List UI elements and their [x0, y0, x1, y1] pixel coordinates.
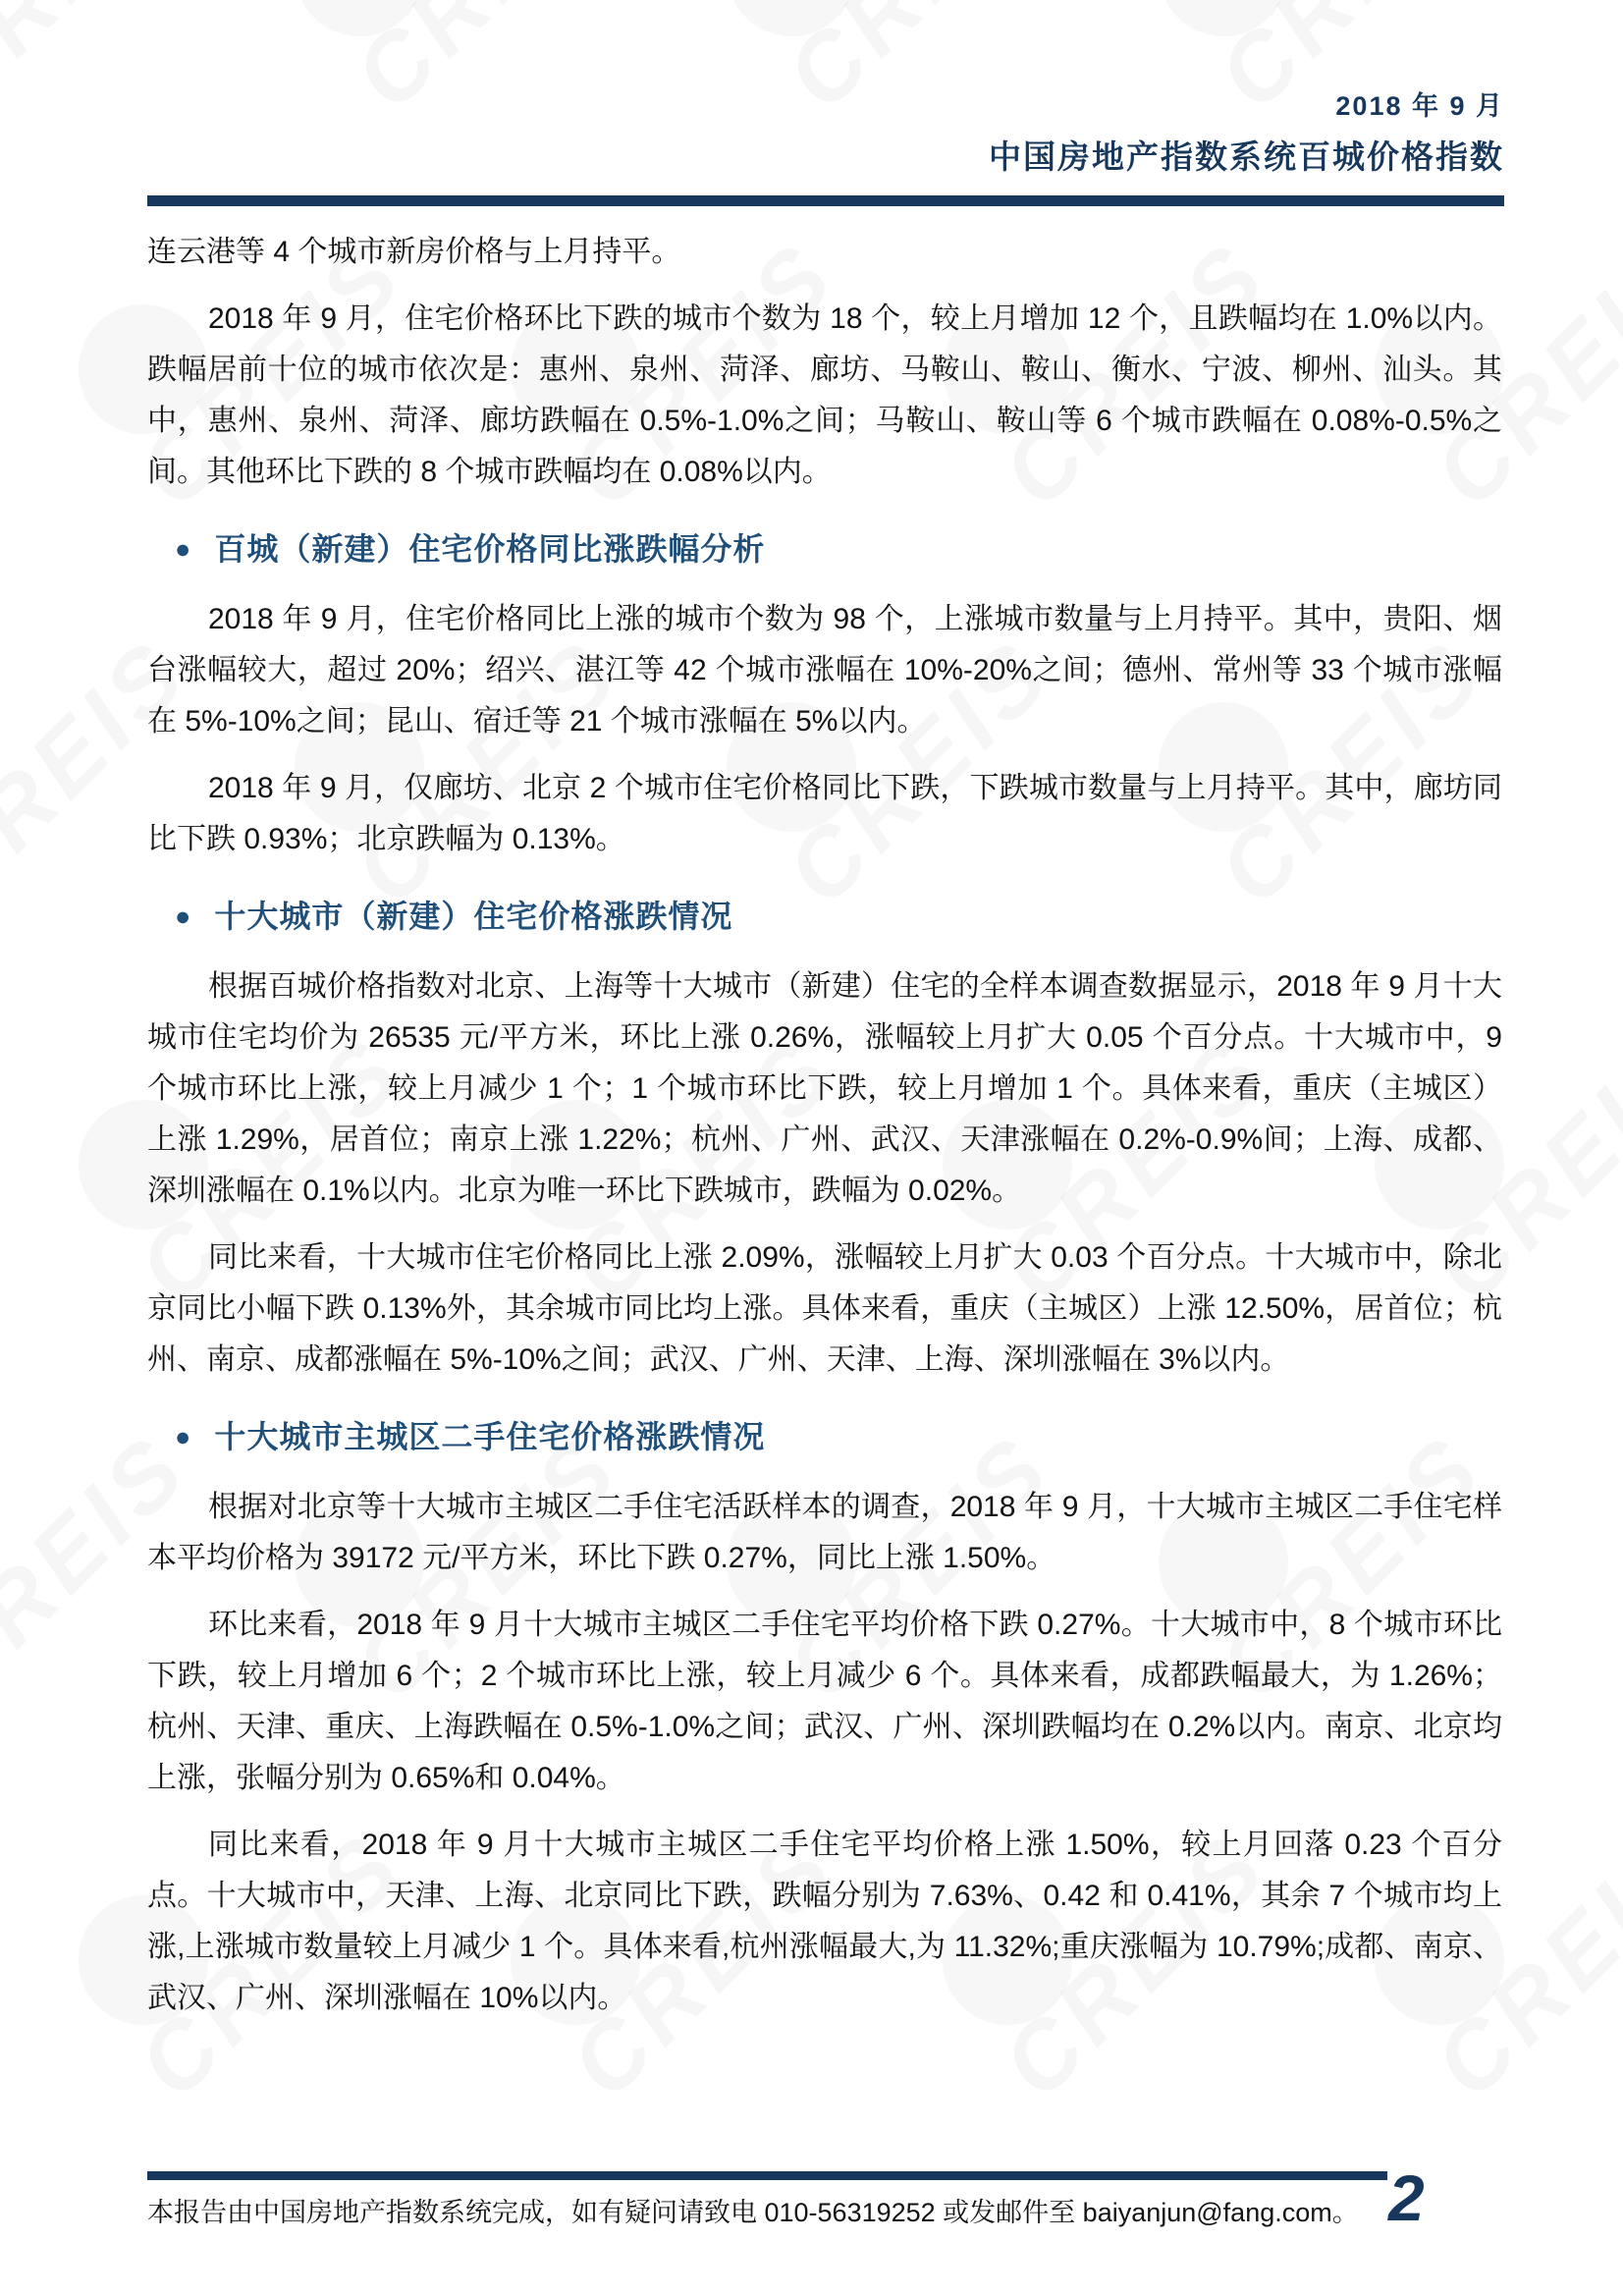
body-paragraph: 环比来看，2018 年 9 月十大城市主城区二手住宅平均价格下跌 0.27%。十… [147, 1600, 1502, 1804]
section-heading-label: 十大城市主城区二手住宅价格涨跌情况 [214, 1415, 765, 1458]
body-paragraph: 同比来看，2018 年 9 月十大城市主城区二手住宅平均价格上涨 1.50%，较… [147, 1820, 1502, 2024]
bullet-icon: ● [175, 895, 190, 938]
header-title: 中国房地产指数系统百城价格指数 [147, 132, 1504, 178]
section-heading: ●百城（新建）住宅价格同比涨跌幅分析 [175, 527, 1502, 571]
footer-note: 本报告由中国房地产指数系统完成，如有疑问请致电 010-56319252 或发邮… [147, 2191, 1359, 2229]
body-paragraph: 2018 年 9 月，仅廊坊、北京 2 个城市住宅价格同比下跌，下跌城市数量与上… [147, 763, 1502, 865]
section-heading: ●十大城市（新建）住宅价格涨跌情况 [175, 895, 1502, 938]
section-heading: ●十大城市主城区二手住宅价格涨跌情况 [175, 1415, 1502, 1458]
body-paragraph: 连云港等 4 个城市新房价格与上月持平。 [147, 227, 1502, 278]
page-header: 2018 年 9 月 中国房地产指数系统百城价格指数 [147, 84, 1504, 178]
bullet-icon: ● [175, 1415, 190, 1458]
footer-divider [147, 2171, 1387, 2180]
watermark: CREIS [1159, 0, 1288, 36]
body-paragraph: 同比来看，十大城市住宅价格同比上涨 2.09%，涨幅较上月扩大 0.03 个百分… [147, 1232, 1502, 1386]
report-page: CREISCREISCREISCREISCREISCREISCREISCREIS… [0, 0, 1623, 2296]
section-heading-label: 十大城市（新建）住宅价格涨跌情况 [214, 895, 732, 938]
body-paragraph: 2018 年 9 月，住宅价格环比下跌的城市个数为 18 个，较上月增加 12 … [147, 294, 1502, 498]
document-body: 连云港等 4 个城市新房价格与上月持平。2018 年 9 月，住宅价格环比下跌的… [147, 227, 1502, 2040]
creis-logo-icon [295, 0, 424, 36]
creis-logo-icon [727, 0, 856, 36]
creis-logo-icon [1159, 0, 1288, 36]
watermark: CREIS [295, 0, 424, 36]
watermark: CREIS [727, 0, 856, 36]
header-date: 2018 年 9 月 [147, 84, 1504, 123]
bullet-icon: ● [175, 527, 190, 571]
body-paragraph: 根据对北京等十大城市主城区二手住宅活跃样本的调查，2018 年 9 月，十大城市… [147, 1482, 1502, 1584]
body-paragraph: 2018 年 9 月，住宅价格同比上涨的城市个数为 98 个，上涨城市数量与上月… [147, 594, 1502, 747]
body-paragraph: 根据百城价格指数对北京、上海等十大城市（新建）住宅的全样本调查数据显示，2018… [147, 961, 1502, 1217]
page-number: 2 [1388, 2160, 1425, 2235]
section-heading-label: 百城（新建）住宅价格同比涨跌幅分析 [214, 527, 765, 571]
header-divider [147, 195, 1504, 206]
